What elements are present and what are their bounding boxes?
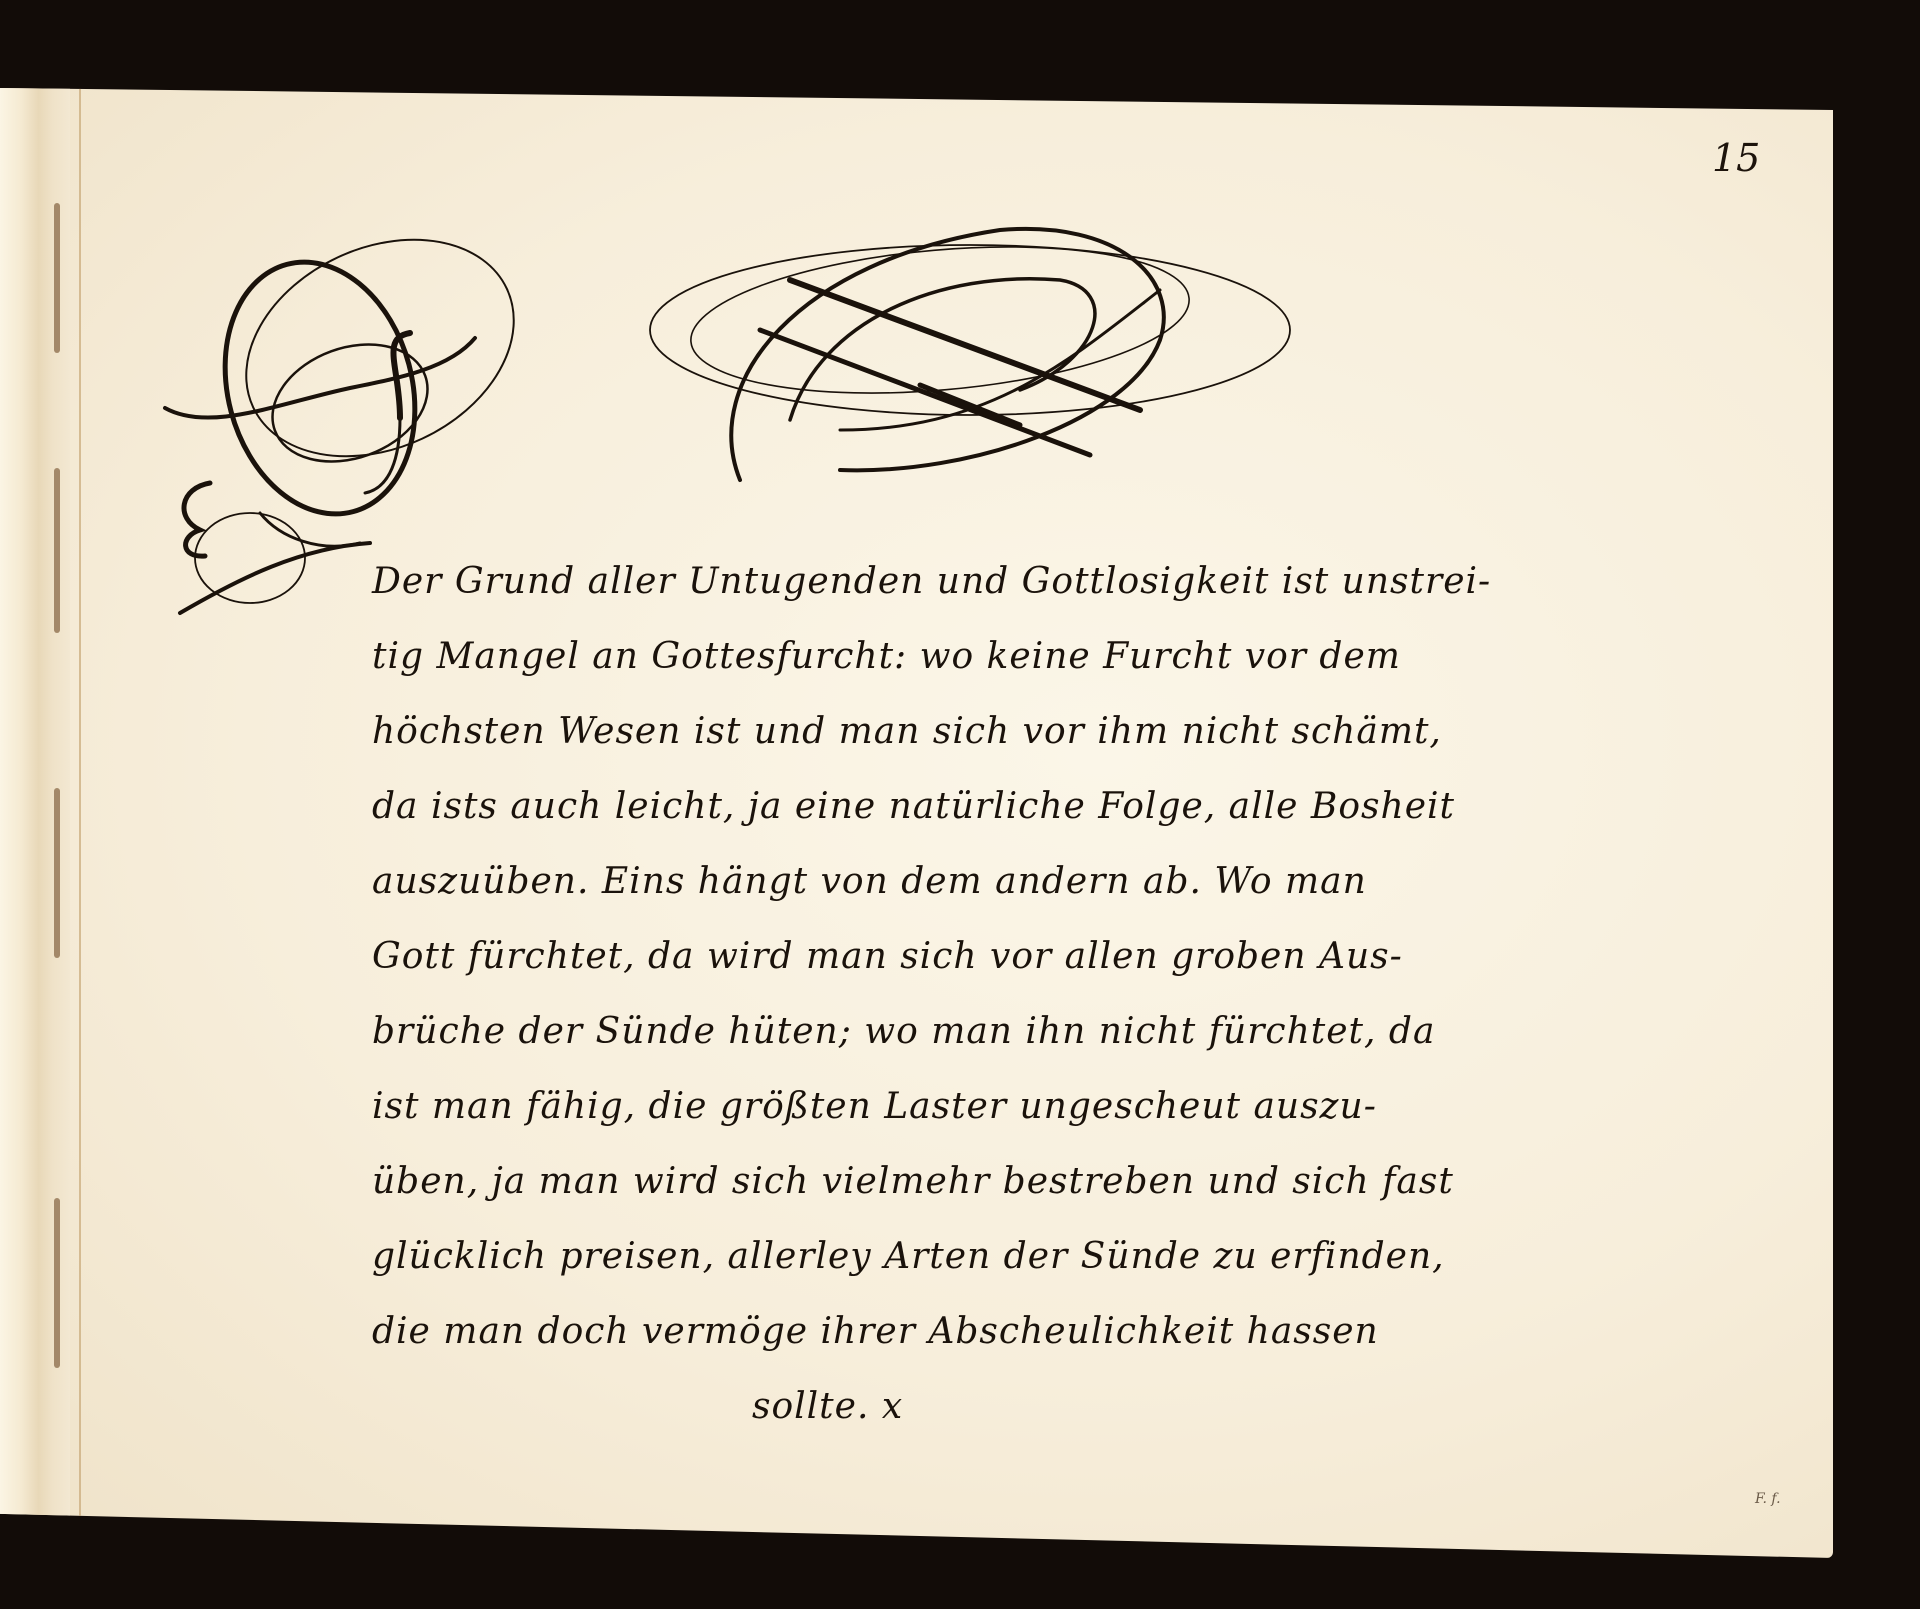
text-line: üben, ja man wird sich vielmehr bestrebe… <box>372 1161 1454 1202</box>
text-line: höchsten Wesen ist und man sich vor ihm … <box>372 711 1442 752</box>
text-line: ist man fähig, die größten Laster ungesc… <box>372 1086 1377 1127</box>
text-line: die man doch vermöge ihrer Abscheulichke… <box>372 1311 1379 1352</box>
binding-stitch <box>54 788 60 958</box>
knot-flourish-icon <box>640 220 1320 520</box>
text-line: Der Grund aller Untugenden und Gottlosig… <box>372 561 1491 602</box>
text-line: tig Mangel an Gottesfurcht: wo keine Fur… <box>372 636 1401 677</box>
gutter-fold <box>79 88 81 1558</box>
text-line: da ists auch leicht, ja eine natürliche … <box>372 786 1455 827</box>
page-number: 15 <box>1712 136 1760 180</box>
manuscript-page: 15 Der Grund aller Untugen <box>0 88 1833 1558</box>
text-line: brüche der Sünde hüten; wo man ihn nicht… <box>372 1011 1435 1052</box>
text-line: Gott fürchtet, da wird man sich vor alle… <box>372 936 1403 977</box>
text-line-closing: sollte. x <box>752 1386 903 1427</box>
margin-note: F. f. <box>1755 1491 1781 1507</box>
text-line: auszuüben. Eins hängt von dem andern ab.… <box>372 861 1367 902</box>
binding-stitch <box>54 468 60 633</box>
binding-stitch <box>54 203 60 353</box>
binding-stitch <box>54 1198 60 1368</box>
text-line: glücklich preisen, allerley Arten der Sü… <box>372 1236 1445 1277</box>
